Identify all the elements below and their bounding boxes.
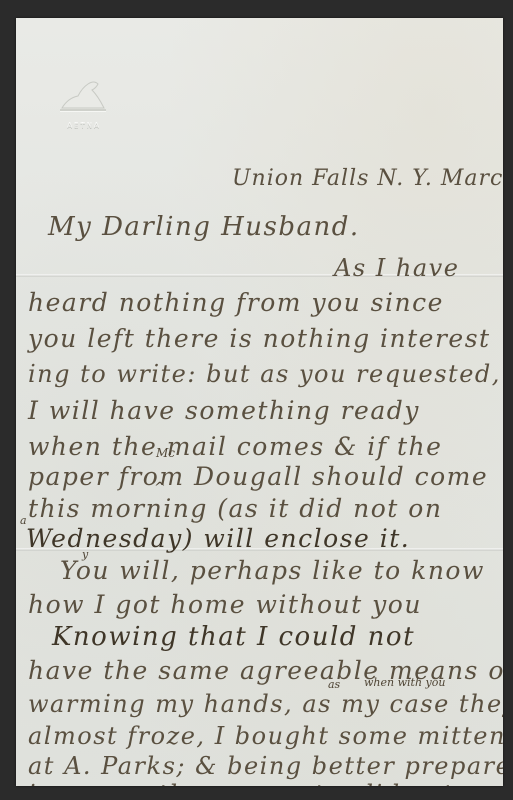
body-line-7: paper from Dougall should come bbox=[28, 464, 488, 489]
body-line-10: You will, perhaps like to know bbox=[60, 558, 485, 583]
body-line-4: ing to write: but as you requested, bbox=[28, 362, 501, 386]
body-line-16: at A. Parks; & being better prepared bbox=[28, 754, 503, 778]
embossed-text: AETNA bbox=[62, 122, 106, 130]
salutation-text: My Darling Husband. bbox=[48, 212, 360, 242]
place-date: Union Falls N. Y. March 9th bbox=[232, 168, 503, 190]
body-line-12: Knowing that I could not bbox=[52, 624, 415, 650]
salutation: My Darling Husband. bbox=[48, 214, 360, 240]
body-line-2: heard nothing from you since bbox=[28, 290, 444, 315]
embossed-seal: AETNA bbox=[52, 74, 112, 136]
embossed-stationery-seal-icon bbox=[58, 74, 108, 116]
body-line-8: this morning (as it did not on bbox=[28, 496, 442, 521]
insert-mc: Mc bbox=[156, 446, 175, 460]
insert-when-with-you: when with you bbox=[364, 676, 445, 689]
body-line-3: you left there is nothing interest bbox=[28, 326, 491, 351]
body-line-14: warming my hands, as my case they bbox=[28, 692, 503, 716]
body-line-17: in some other respects; did not bbox=[28, 782, 454, 786]
body-line-11: how I got home without you bbox=[28, 592, 422, 617]
body-line-5: I will have something ready bbox=[28, 398, 420, 423]
body-line-1: As I have bbox=[334, 256, 459, 280]
body-line-6: when the mail comes & if the bbox=[28, 434, 442, 459]
body-line-15: almost froze, I bought some mittens bbox=[28, 724, 503, 748]
letter-page: AETNA Union Falls N. Y. March 9th My Dar… bbox=[16, 18, 503, 786]
